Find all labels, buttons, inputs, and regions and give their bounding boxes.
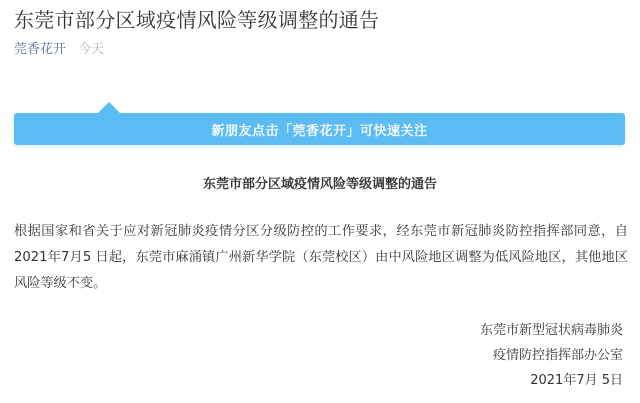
- follow-banner[interactable]: 新朋友点击「莞香花开」可快速关注: [14, 113, 625, 145]
- publish-date: 今天: [78, 42, 104, 57]
- notice-signature: 东莞市新型冠状病毒肺炎 疫情防控指挥部办公室 2021年7月 5日: [480, 318, 623, 393]
- article-page: 东莞市部分区域疫情风险等级调整的通告 莞香花开 今天 新朋友点击「莞香花开」可快…: [0, 0, 640, 403]
- article-meta: 莞香花开 今天: [14, 41, 104, 59]
- notice-body: 根据国家和省关于应对新冠肺炎疫情分区分级防控的工作要求，经东莞市新冠肺炎防控指挥…: [14, 219, 628, 297]
- author-link[interactable]: 莞香花开: [14, 42, 66, 57]
- signature-org-line2: 疫情防控指挥部办公室: [480, 343, 623, 368]
- banner-pointer-arrow-icon: [98, 102, 120, 113]
- signature-date: 2021年7月 5日: [480, 368, 623, 393]
- notice-heading: 东莞市部分区域疫情风险等级调整的通告: [0, 175, 640, 195]
- follow-banner-text: 新朋友点击「莞香花开」可快速关注: [211, 120, 427, 139]
- article-title: 东莞市部分区域疫情风险等级调整的通告: [14, 6, 379, 34]
- signature-org-line1: 东莞市新型冠状病毒肺炎: [480, 318, 623, 343]
